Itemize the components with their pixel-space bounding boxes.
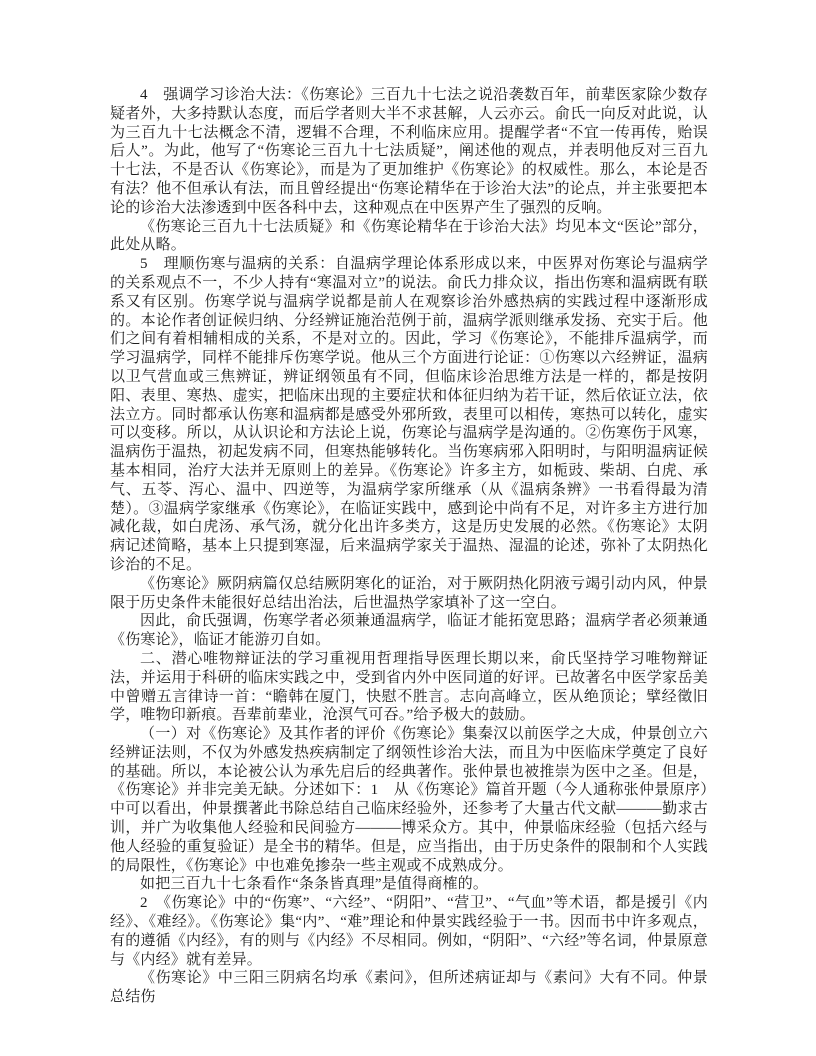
document-text-block: 4 强调学习诊治大法：《伤寒论》三百九十七法之说沿袭数百年，前辈医家除少数存疑者… [110, 86, 708, 1007]
paragraph: 4 强调学习诊治大法：《伤寒论》三百九十七法之说沿袭数百年，前辈医家除少数存疑者… [110, 86, 708, 218]
paragraph: 5 理顺伤寒与温病的关系：自温病学理论体系形成以来，中医界对伤寒论与温病学的关系… [110, 255, 708, 575]
paragraph: （一）对《伤寒论》及其作者的评价《伤寒论》集秦汉以前医学之大成，仲景创立六经辨证… [110, 725, 708, 875]
paragraph: 2 《伤寒论》中的“伤寒”、“六经”、“阴阳”、“营卫”、“气血”等术语，都是援… [110, 894, 708, 969]
paragraph: 《伤寒论》厥阴病篇仅总结厥阴寒化的证治，对于厥阴热化阴液亏竭引动内风，仲景限于历… [110, 575, 708, 613]
paragraph: 《伤寒论三百九十七法质疑》和《伤寒论精华在于诊治大法》均见本文“医论”部分，此处… [110, 218, 708, 256]
paragraph: 如把三百九十七条看作“条条皆真理”是值得商榷的。 [110, 875, 708, 894]
paragraph: 因此，俞氏强调，伤寒学者必须兼通温病学，临证才能拓宽思路；温病学者必须兼通《伤寒… [110, 612, 708, 650]
paragraph: 《伤寒论》中三阳三阴病名均承《素问》，但所述病证却与《素问》大有不同。仲景总结伤 [110, 969, 708, 1007]
paragraph: 二、潜心唯物辩证法的学习重视用哲理指导医理长期以来，俞氏坚持学习唯物辩证法，并运… [110, 650, 708, 725]
document-page: 4 强调学习诊治大法：《伤寒论》三百九十七法之说沿袭数百年，前辈医家除少数存疑者… [0, 0, 816, 1056]
